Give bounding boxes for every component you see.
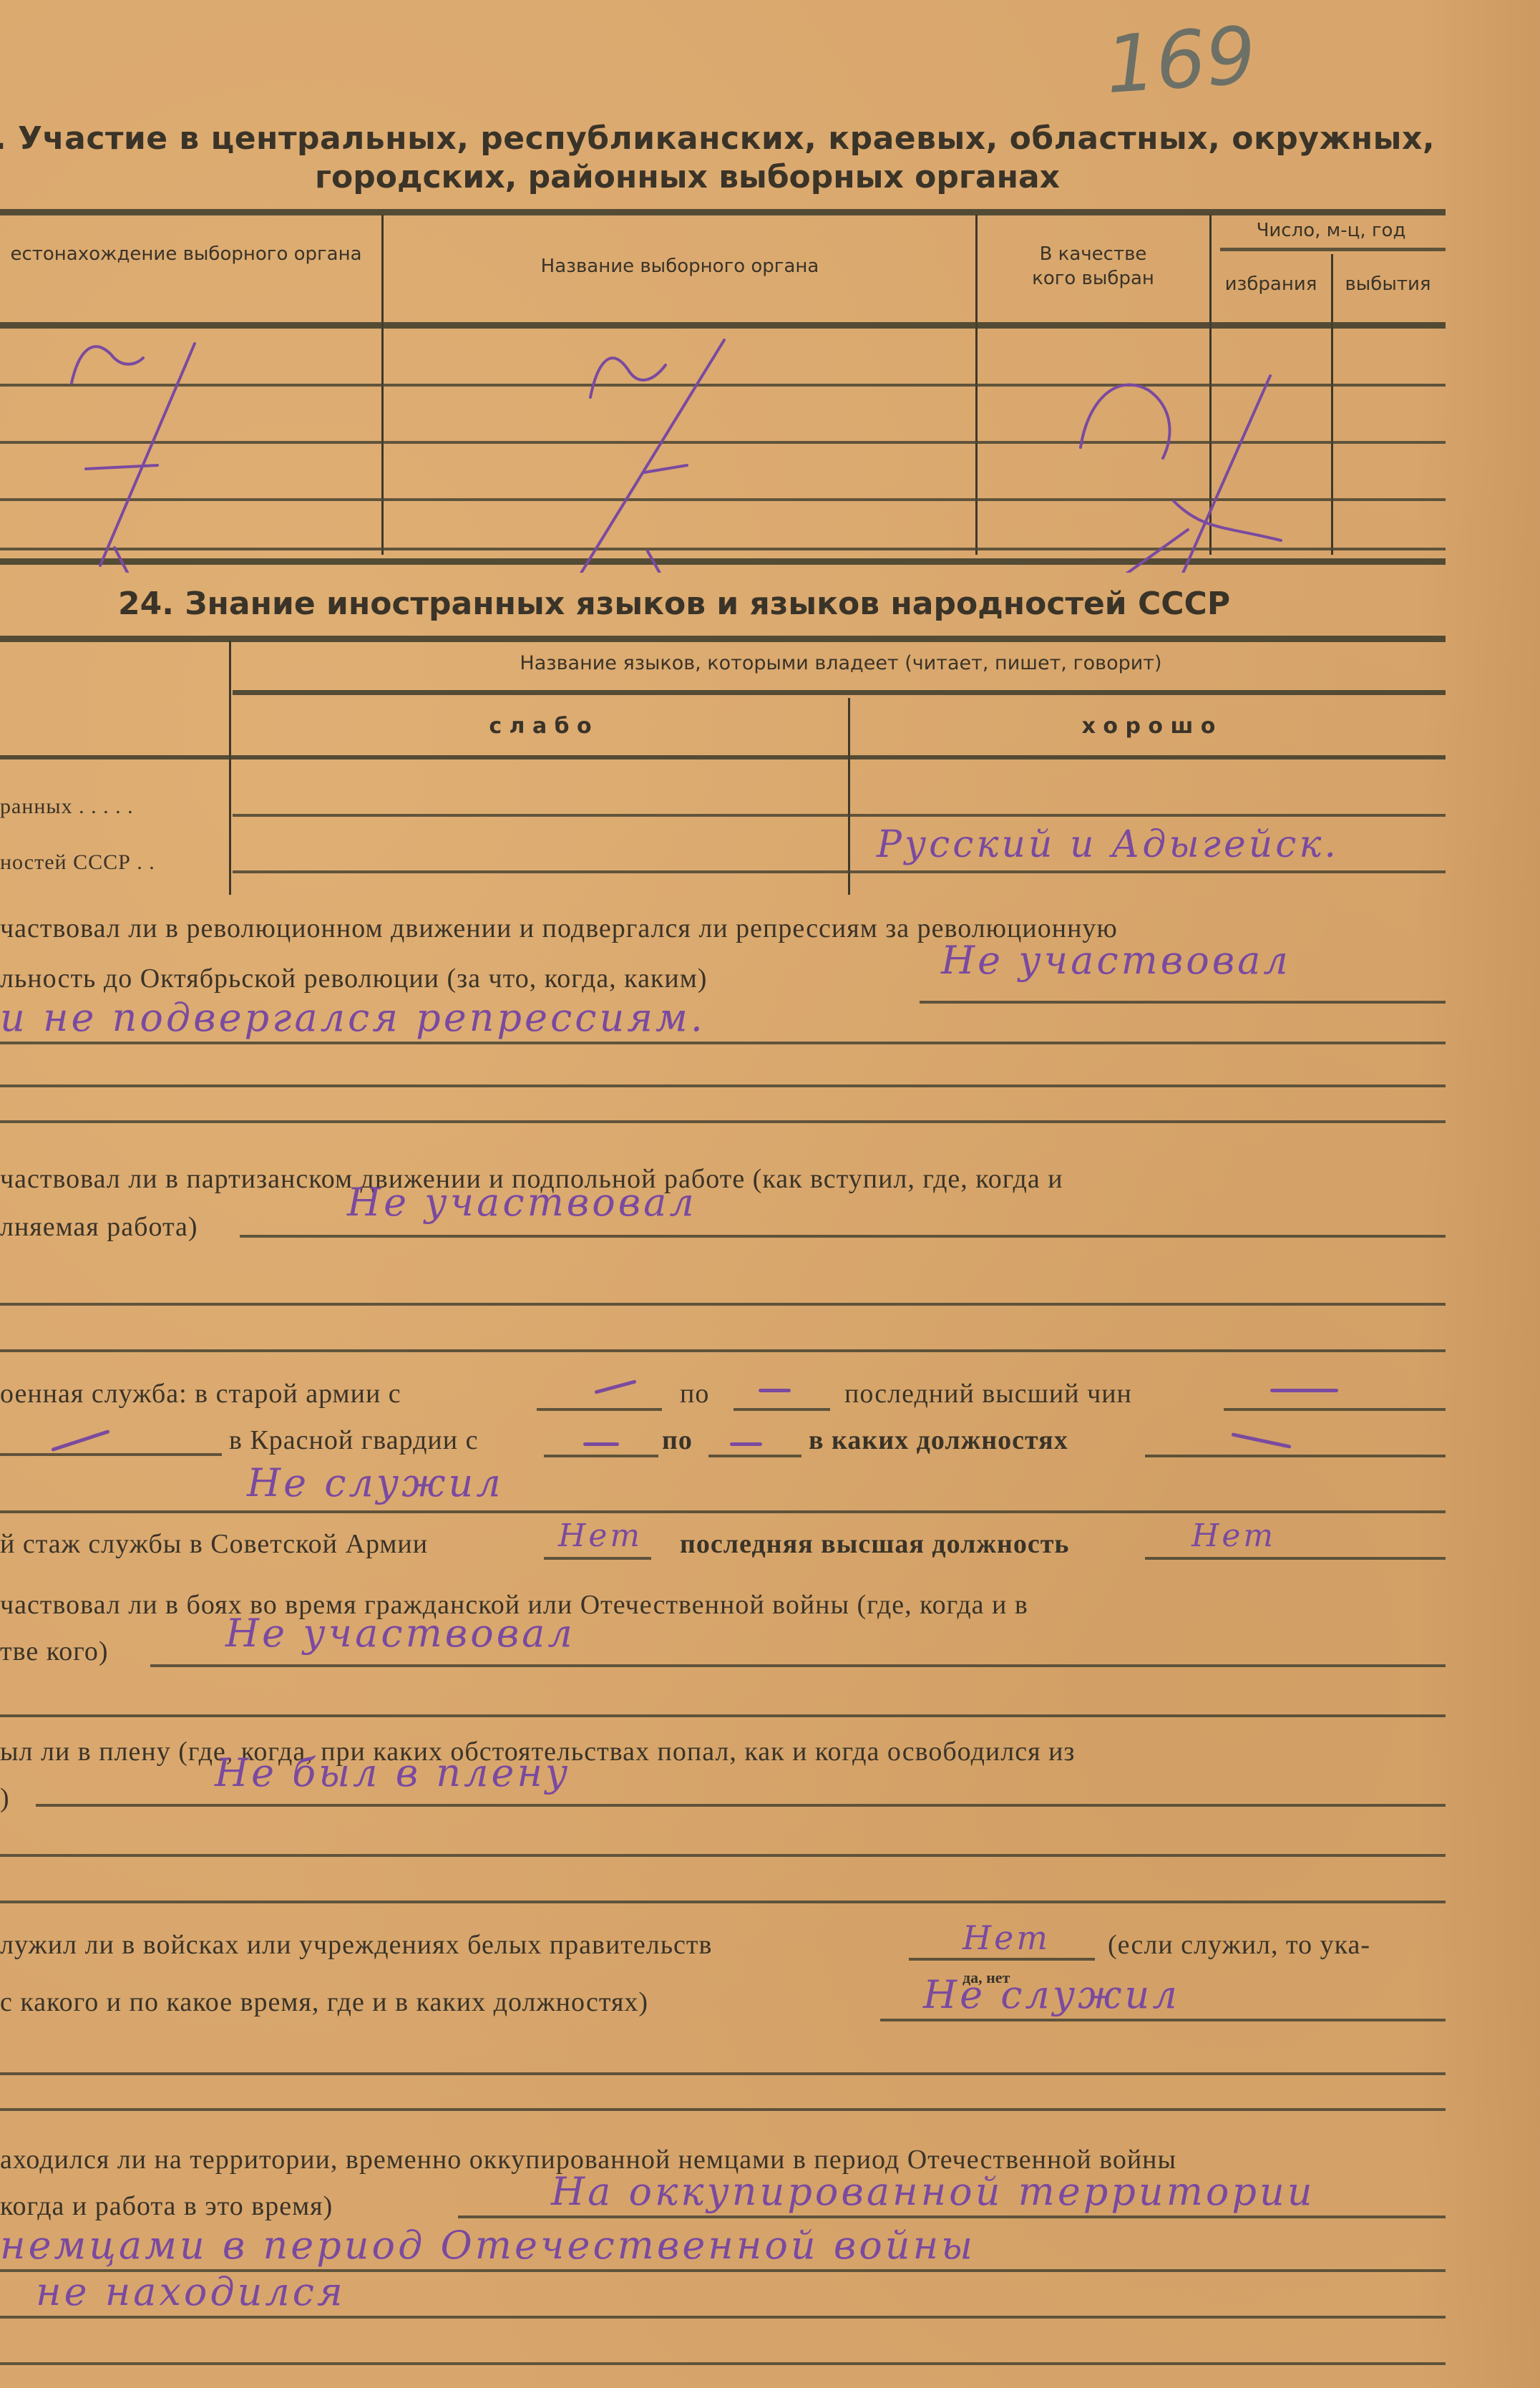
- a-battles: Не участвовал: [225, 1611, 575, 1656]
- lang-row-rule: [233, 870, 1446, 873]
- answer-rule: [1145, 1455, 1446, 1457]
- q-military-line1-b: по: [680, 1378, 709, 1409]
- dash-mark: [759, 1389, 791, 1392]
- table24-sub-rule: [233, 690, 1446, 695]
- answer-rule: [0, 2362, 1446, 2365]
- q-military-line1-c: последний высший чин: [844, 1378, 1132, 1409]
- answer-rule: [0, 1510, 1446, 1513]
- q-battles-line2: тве кого): [0, 1636, 109, 1667]
- lang-row-label-foreign: ранных . . . . .: [0, 795, 134, 819]
- dash-mark: [1270, 1389, 1338, 1392]
- answer-rule: [0, 1303, 1446, 1306]
- answer-rule: [150, 1664, 1446, 1667]
- dash-mark: [1231, 1432, 1291, 1449]
- answer-rule: [0, 1084, 1446, 1087]
- a-occupation-3: не находился: [36, 2269, 346, 2314]
- section24-title: 24. Знание иностранных языков и языков н…: [118, 586, 1230, 622]
- dash-mark: [51, 1430, 109, 1452]
- answer-rule: [537, 1408, 662, 1411]
- q-military-line2-b: по: [662, 1424, 693, 1456]
- q-captivity-line2: ): [0, 1782, 10, 1814]
- answer-rule: [0, 1349, 1446, 1352]
- a-white-army: Не служил: [923, 1972, 1180, 2017]
- answer-rule: [1145, 1557, 1446, 1560]
- a-occupation-1: На оккупированной территории: [551, 2169, 1315, 2214]
- answer-rule: [0, 1901, 1446, 1903]
- a-military: Не служил: [247, 1460, 504, 1505]
- cross-out-marks: [0, 0, 1540, 573]
- a-soviet-army-a: Нет: [558, 1518, 643, 1554]
- a-partisan: Не участвовал: [347, 1180, 697, 1225]
- q-soviet-army-a: й стаж службы в Советской Армии: [0, 1528, 428, 1560]
- q-military-line2-c: в каких должностях: [809, 1424, 1068, 1456]
- table24-group-header: Название языков, которыми владеет (читае…: [236, 651, 1446, 676]
- answer-rule: [36, 1804, 1446, 1807]
- q-partisan-line2: лняемая работа): [0, 1211, 198, 1243]
- a-white-yes-no: Нет: [962, 1918, 1051, 1957]
- q-white-line2: с какого и по какое время, где и в каких…: [0, 1986, 648, 2018]
- table24-col-divider: [848, 698, 850, 895]
- answer-rule: [920, 1001, 1446, 1004]
- dash-mark: [730, 1442, 762, 1446]
- lang-good-ussr-value: Русский и Адыгейск.: [877, 823, 1339, 866]
- q-occupation-line2: когда и работа в это время): [0, 2190, 333, 2222]
- a-captivity: Не был в плену: [215, 1750, 570, 1795]
- a-revolution-2: и не подвергался репрессиям.: [0, 995, 706, 1040]
- q-revolution-line2: льность до Октябрьской революции (за что…: [0, 963, 707, 994]
- q-white-line1-b: (если служил, то ука-: [1108, 1929, 1370, 1961]
- answer-rule: [0, 2108, 1446, 2111]
- answer-rule: [909, 1958, 1095, 1961]
- answer-rule: [734, 1408, 830, 1411]
- answer-rule: [240, 1235, 1446, 1238]
- q-white-line1-a: лужил ли в войсках или учреждениях белых…: [0, 1929, 712, 1961]
- table24-label-divider: [229, 641, 231, 895]
- answer-rule: [544, 1455, 658, 1457]
- table24-header-rule: [0, 755, 1446, 759]
- table24-top-rule: [0, 636, 1446, 642]
- answer-rule: [0, 2072, 1446, 2075]
- dash-mark: [594, 1379, 636, 1394]
- answer-rule: [0, 1120, 1446, 1123]
- q-military-line2-a: в Красной гвардии с: [229, 1424, 478, 1456]
- answer-rule: [0, 1042, 1446, 1044]
- answer-rule: [708, 1455, 801, 1457]
- dash-mark: [583, 1442, 619, 1446]
- answer-rule: [0, 1714, 1446, 1717]
- answer-rule: [544, 1557, 651, 1560]
- q-military-line1-a: оенная служба: в старой армии с: [0, 1378, 401, 1409]
- answer-rule: [458, 2215, 1446, 2218]
- lang-row-label-ussr: ностей СССР . .: [0, 850, 155, 875]
- lang-row-rule: [233, 814, 1446, 817]
- a-occupation-2: немцами в период Отечественной войны: [0, 2223, 975, 2268]
- col-header-weak: с л а б о: [233, 714, 848, 739]
- answer-rule: [0, 2316, 1446, 2319]
- col-header-good: х о р о ш о: [852, 714, 1446, 739]
- a-soviet-army-b: Нет: [1191, 1518, 1276, 1554]
- a-revolution-1: Не участвовал: [941, 938, 1291, 983]
- q-soviet-army-b: последняя высшая должность: [680, 1528, 1070, 1560]
- answer-rule: [880, 2019, 1446, 2021]
- answer-rule: [0, 1453, 222, 1456]
- answer-rule: [0, 1854, 1446, 1857]
- answer-rule: [1224, 1408, 1446, 1411]
